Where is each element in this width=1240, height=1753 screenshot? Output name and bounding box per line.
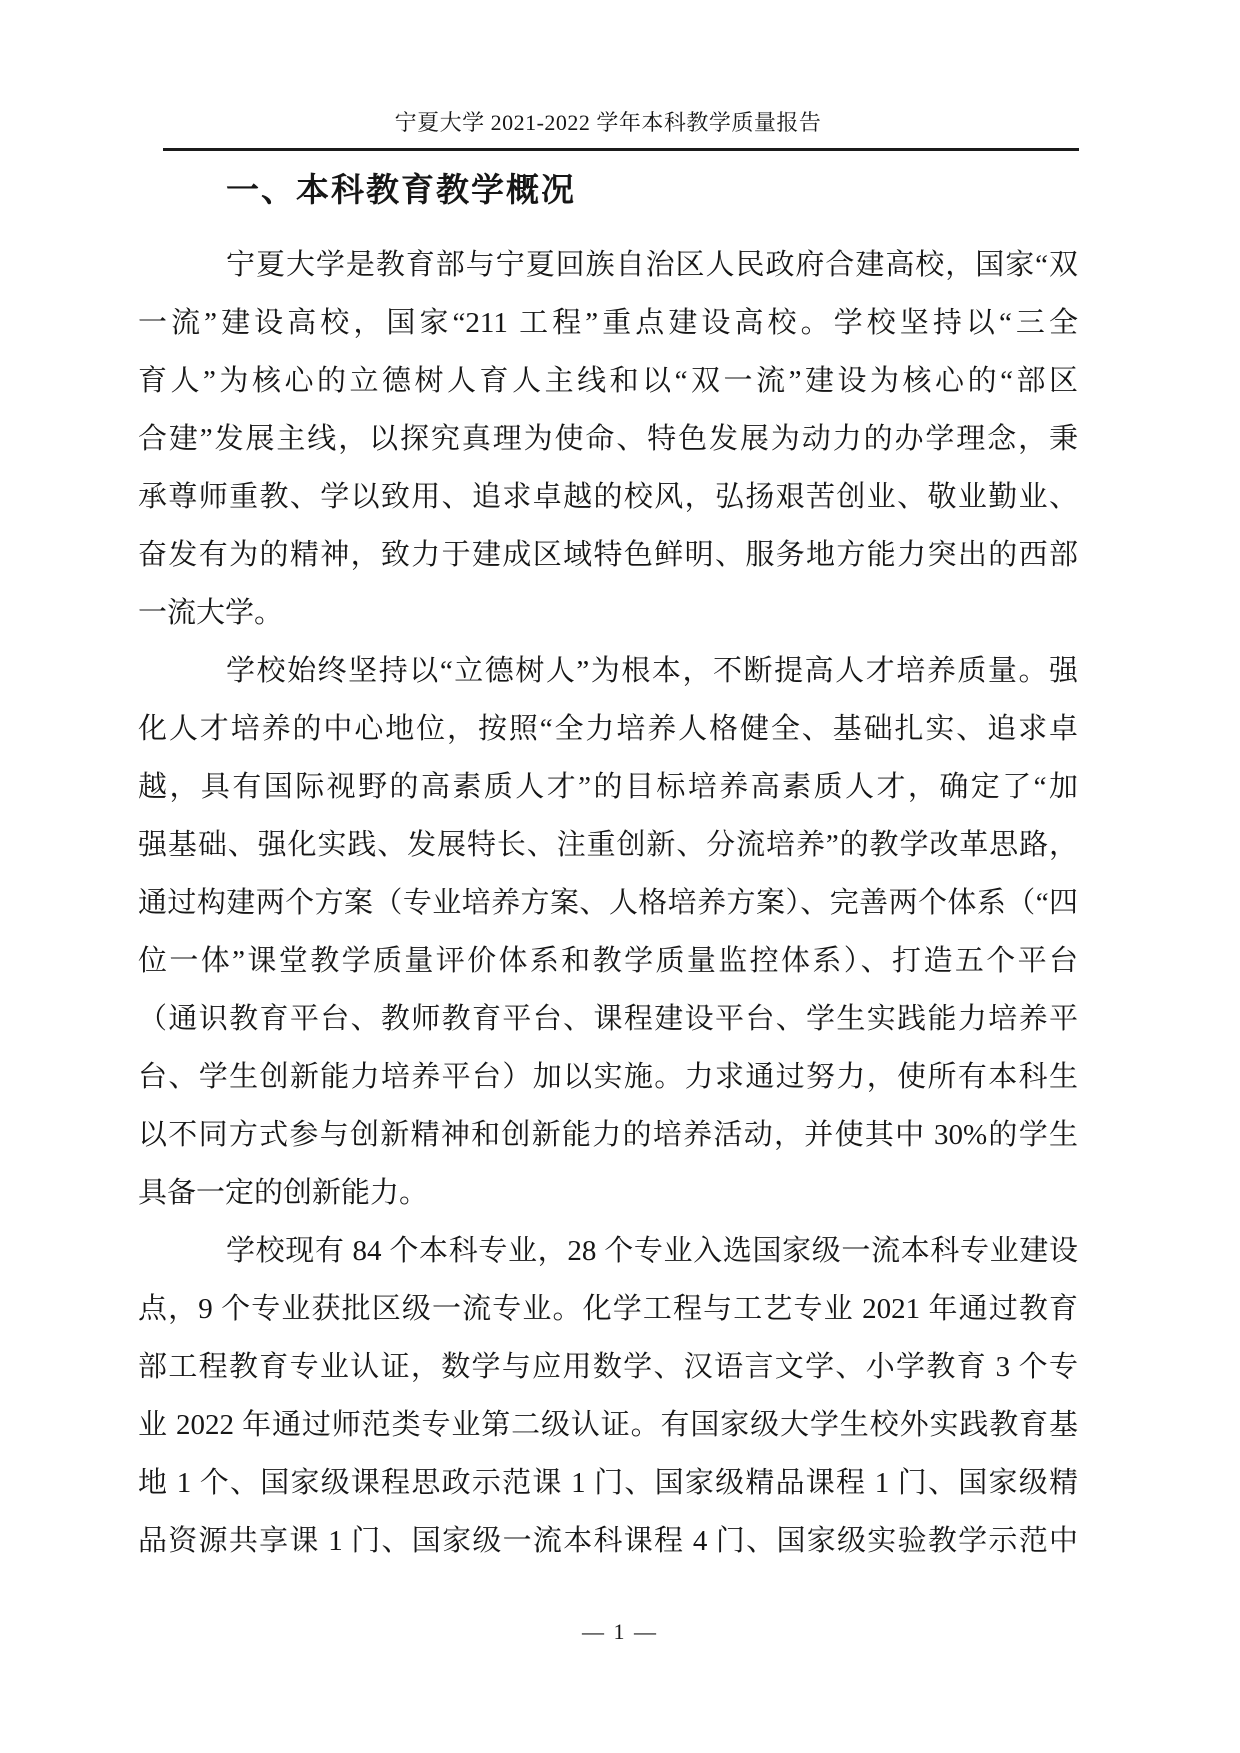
paragraph-line: 部工程教育专业认证，数学与应用数学、汉语言文学、小学教育 3 个专: [138, 1338, 1078, 1396]
paragraph-line: 具备一定的创新能力。: [138, 1164, 1078, 1222]
paragraph-line: 化人才培养的中心地位，按照“全力培养人格健全、基础扎实、追求卓: [138, 700, 1078, 758]
paragraph-line: 奋发有为的精神，致力于建成区域特色鲜明、服务地方能力突出的西部: [138, 526, 1078, 584]
paragraph: 学校现有 84 个本科专业，28 个专业入选国家级一流本科专业建设 点，9 个专…: [138, 1222, 1078, 1570]
header-rule-divider: [163, 148, 1079, 151]
paragraph-line: 位一体”课堂教学质量评价体系和教学质量监控体系）、打造五个平台: [138, 932, 1078, 990]
paragraph-line: 宁夏大学是教育部与宁夏回族自治区人民政府合建高校，国家“双: [138, 236, 1078, 294]
paragraph-line: 业 2022 年通过师范类专业第二级认证。有国家级大学生校外实践教育基: [138, 1396, 1078, 1454]
paragraph: 学校始终坚持以“立德树人”为根本，不断提高人才培养质量。强 化人才培养的中心地位…: [138, 642, 1078, 1222]
page-footer: — 1 —: [0, 1616, 1240, 1648]
paragraph-line: 地 1 个、国家级课程思政示范课 1 门、国家级精品课程 1 门、国家级精: [138, 1454, 1078, 1512]
paragraph-line: （通识教育平台、教师教育平台、课程建设平台、学生实践能力培养平: [138, 990, 1078, 1048]
paragraph-line: 越，具有国际视野的高素质人才”的目标培养高素质人才，确定了“加: [138, 758, 1078, 816]
paragraph-line: 承尊师重教、学以致用、追求卓越的校风，弘扬艰苦创业、敬业勤业、: [138, 468, 1078, 526]
paragraph-line: 合建”发展主线，以探究真理为使命、特色发展为动力的办学理念，秉: [138, 410, 1078, 468]
paragraph-line: 育人”为核心的立德树人育人主线和以“双一流”建设为核心的“部区: [138, 352, 1078, 410]
paragraph-line: 以不同方式参与创新精神和创新能力的培养活动，并使其中 30%的学生: [138, 1106, 1078, 1164]
paragraph-line: 点，9 个专业获批区级一流专业。化学工程与工艺专业 2021 年通过教育: [138, 1280, 1078, 1338]
paragraph-line: 学校现有 84 个本科专业，28 个专业入选国家级一流本科专业建设: [138, 1222, 1078, 1280]
paragraph-line: 通过构建两个方案（专业培养方案、人格培养方案）、完善两个体系（“四: [138, 874, 1078, 932]
document-page: 宁夏大学 2021-2022 学年本科教学质量报告 一、本科教育教学概况 宁夏大…: [0, 0, 1240, 1753]
section-heading: 一、本科教育教学概况: [138, 166, 1078, 214]
paragraph-line: 一流大学。: [138, 584, 1078, 642]
page-number: — 1 —: [582, 1619, 658, 1644]
paragraph-line: 品资源共享课 1 门、国家级一流本科课程 4 门、国家级实验教学示范中: [138, 1512, 1078, 1570]
running-header-title: 宁夏大学 2021-2022 学年本科教学质量报告: [138, 103, 1078, 143]
paragraph-line: 一流”建设高校，国家“211 工程”重点建设高校。学校坚持以“三全: [138, 294, 1078, 352]
paragraph-line: 学校始终坚持以“立德树人”为根本，不断提高人才培养质量。强: [138, 642, 1078, 700]
paragraph-line: 台、学生创新能力培养平台）加以实施。力求通过努力，使所有本科生: [138, 1048, 1078, 1106]
body-text: 宁夏大学是教育部与宁夏回族自治区人民政府合建高校，国家“双 一流”建设高校，国家…: [138, 236, 1078, 1570]
paragraph-line: 强基础、强化实践、发展特长、注重创新、分流培养”的教学改革思路，: [138, 816, 1078, 874]
paragraph: 宁夏大学是教育部与宁夏回族自治区人民政府合建高校，国家“双 一流”建设高校，国家…: [138, 236, 1078, 642]
